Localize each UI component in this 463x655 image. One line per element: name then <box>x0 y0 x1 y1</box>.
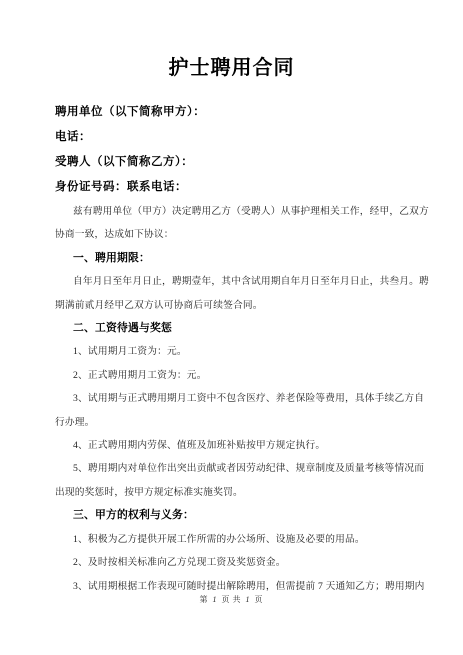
intro-line: 协商一致，达成如下协议： <box>55 223 408 246</box>
salary-item-5: 5、聘用期内对单位作出突出贡献或者因劳动纪律、规章制度及质量考核等情况而 <box>55 457 408 480</box>
contract-body: 兹有聘用单位（甲方）决定聘用乙方（受聘人）从事护理相关工作，经甲，乙双方 协商一… <box>55 200 408 598</box>
page-footer: 第1页共1页 <box>0 594 463 605</box>
footer-label-ye2: 页 <box>254 595 265 604</box>
footer-label-ye: 页 <box>221 595 232 604</box>
rights-item-2: 2、及时按相关标准向乙方兑现工资及奖惩资金。 <box>55 551 408 574</box>
salary-item-1: 1、试用期月工资为：元。 <box>55 340 408 363</box>
salary-item-2: 2、正式聘用期月工资为：元。 <box>55 364 408 387</box>
total-page-number: 1 <box>243 595 254 604</box>
field-hiring-unit: 聘用单位（以下简称甲方）： <box>55 100 408 125</box>
footer-label-page: 第 <box>199 595 210 604</box>
field-id-and-contact: 身份证号码：联系电话： <box>55 175 408 200</box>
intro-line: 兹有聘用单位（甲方）决定聘用乙方（受聘人）从事护理相关工作，经甲，乙双方 <box>55 200 408 223</box>
section-heading-salary: 二、工资待遇与奖惩 <box>55 317 408 340</box>
document-page: 护士聘用合同 聘用单位（以下简称甲方）： 电话： 受聘人（以下简称乙方）： 身份… <box>0 0 463 655</box>
section-heading-employment-term: 一、聘用期限： <box>55 247 408 270</box>
rights-item-1: 1、积极为乙方提供开展工作所需的办公场所、设施及必要的用品。 <box>55 528 408 551</box>
footer-label-total: 共 <box>232 595 243 604</box>
salary-item-5-continued: 出现的奖惩时，按甲方规定标准实施奖罚。 <box>55 481 408 504</box>
salary-item-4: 4、正式聘用期内劳保、值班及加班补贴按甲方规定执行。 <box>55 434 408 457</box>
field-employee: 受聘人（以下简称乙方）： <box>55 150 408 175</box>
document-content: 护士聘用合同 聘用单位（以下简称甲方）： 电话： 受聘人（以下简称乙方）： 身份… <box>0 0 463 598</box>
section-heading-party-a-rights: 三、甲方的权利与义务： <box>55 504 408 527</box>
document-title: 护士聘用合同 <box>55 55 408 81</box>
parties-block: 聘用单位（以下简称甲方）： 电话： 受聘人（以下简称乙方）： 身份证号码：联系电… <box>55 100 408 200</box>
current-page-number: 1 <box>210 595 221 604</box>
salary-item-3-continued: 行办理。 <box>55 411 408 434</box>
term-line: 期满前贰月经甲乙双方认可协商后可续签合同。 <box>55 294 408 317</box>
salary-item-3: 3、试用期与正式聘用期月工资中不包含医疗、养老保险等费用，具体手续乙方自 <box>55 387 408 410</box>
term-line: 自年月日至年月日止，聘期壹年，其中含试用期自年月日至年月日止，共叁月。聘 <box>55 270 408 293</box>
field-phone: 电话： <box>55 125 408 150</box>
